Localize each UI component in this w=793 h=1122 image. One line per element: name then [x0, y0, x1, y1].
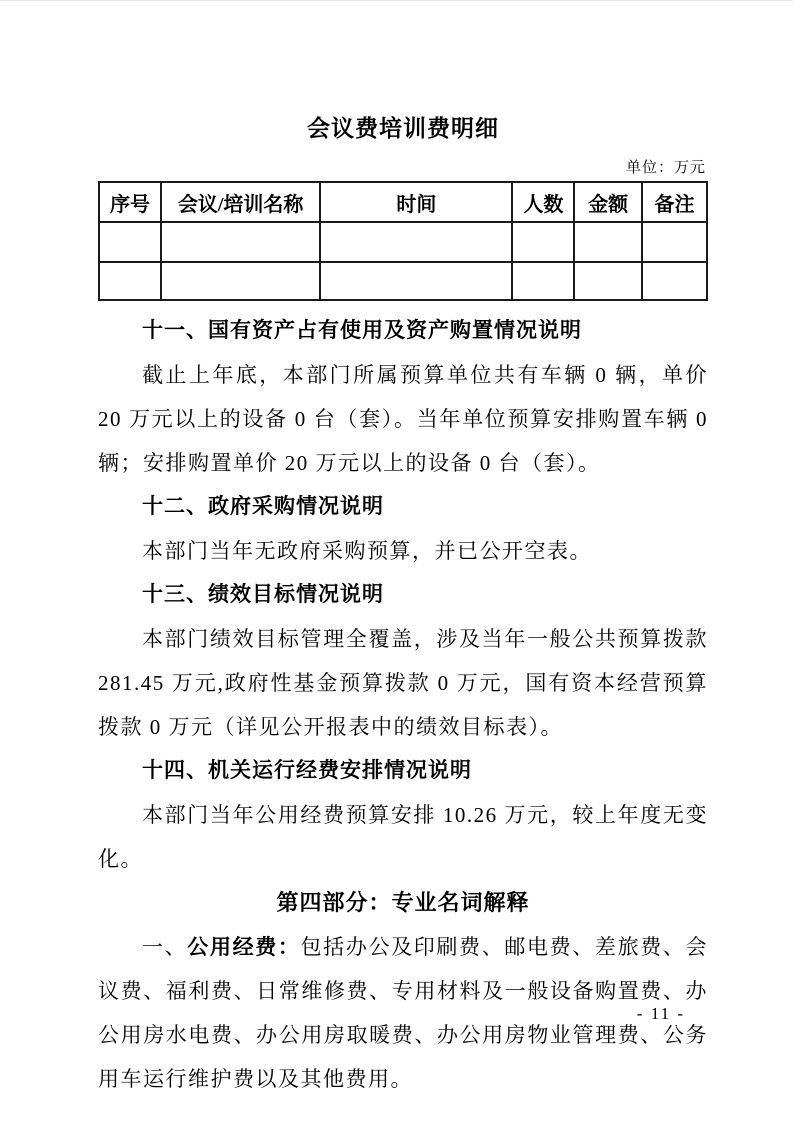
term-paragraph: 一、公用经费：包括办公及印刷费、邮电费、差旅费、会议费、福利费、日常维修费、专用…	[98, 925, 708, 1101]
table-cell	[574, 222, 641, 262]
page-number: - 11 -	[637, 1004, 685, 1024]
term-label: 公用经费：	[187, 935, 300, 959]
table-cell	[512, 262, 574, 300]
table-cell	[99, 262, 161, 300]
table-header-cell: 人数	[512, 182, 574, 222]
document-title: 会议费培训费明细	[98, 113, 708, 145]
table-header-row: 序号 会议/培训名称 时间 人数 金额 备注	[99, 182, 707, 222]
table-cell	[574, 262, 641, 300]
table-cell	[642, 262, 707, 300]
document-content: 会议费培训费明细 单位：万元 序号 会议/培训名称 时间 人数 金额 备注	[98, 113, 708, 1101]
part4-title: 第四部分：专业名词解释	[98, 881, 708, 925]
section-body-14: 本部门当年公用经费预算安排 10.26 万元，较上年度无变化。	[98, 793, 708, 881]
section-heading-12: 十二、政府采购情况说明	[98, 485, 708, 529]
section-body-11: 截止上年底，本部门所属预算单位共有车辆 0 辆，单价 20 万元以上的设备 0 …	[98, 353, 708, 485]
table-row	[99, 222, 707, 262]
sections-container: 十一、国有资产占有使用及资产购置情况说明 截止上年底，本部门所属预算单位共有车辆…	[98, 309, 708, 1101]
term-lead: 一、	[142, 935, 187, 959]
table-cell	[99, 222, 161, 262]
table-cell	[320, 222, 512, 262]
table-cell	[161, 262, 320, 300]
section-heading-11: 十一、国有资产占有使用及资产购置情况说明	[98, 309, 708, 353]
unit-label: 单位：万元	[98, 157, 708, 179]
section-body-12: 本部门当年无政府采购预算，并已公开空表。	[98, 529, 708, 573]
table-header-cell: 序号	[99, 182, 161, 222]
table-header-cell: 会议/培训名称	[161, 182, 320, 222]
section-heading-13: 十三、绩效目标情况说明	[98, 573, 708, 617]
section-body-13: 本部门绩效目标管理全覆盖，涉及当年一般公共预算拨款 281.45 万元,政府性基…	[98, 617, 708, 749]
table-header-cell: 金额	[574, 182, 641, 222]
table-cell	[161, 222, 320, 262]
table-cell	[320, 262, 512, 300]
meetings-training-table: 序号 会议/培训名称 时间 人数 金额 备注	[98, 181, 708, 301]
table-cell	[512, 222, 574, 262]
table-cell	[642, 222, 707, 262]
document-page: 会议费培训费明细 单位：万元 序号 会议/培训名称 时间 人数 金额 备注	[0, 0, 793, 1122]
section-heading-14: 十四、机关运行经费安排情况说明	[98, 749, 708, 793]
table-header-cell: 时间	[320, 182, 512, 222]
table-header-cell: 备注	[642, 182, 707, 222]
table-row	[99, 262, 707, 300]
